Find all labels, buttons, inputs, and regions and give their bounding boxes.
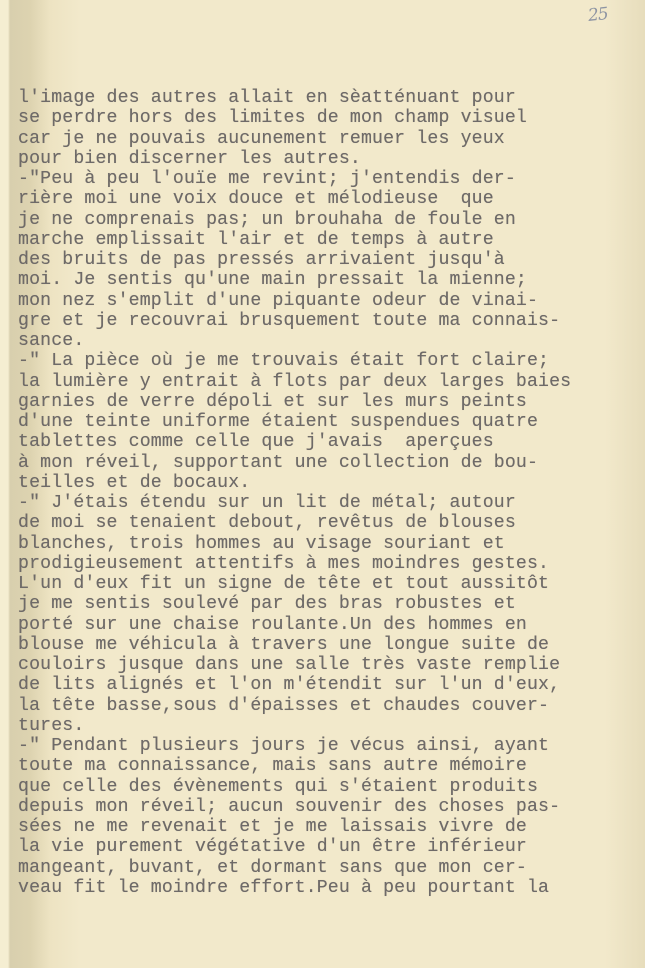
text-line: gre et je recouvrai brusquement toute ma… [18,311,638,331]
text-line: toute ma connaissance, mais sans autre m… [18,756,638,776]
text-line: -" La pièce où je me trouvais était fort… [18,351,638,371]
text-line: tures. [18,716,638,736]
text-line: -" J'étais étendu sur un lit de métal; a… [18,493,638,513]
text-line: porté sur une chaise roulante.Un des hom… [18,615,638,635]
text-line: marche emplissait l'air et de temps à au… [18,230,638,250]
text-line: -" Pendant plusieurs jours je vécus ains… [18,736,638,756]
text-line: l'image des autres allait en sèatténuant… [18,88,638,108]
text-line: sance. [18,331,638,351]
text-line: pour bien discerner les autres. [18,149,638,169]
text-line: que celle des évènements qui s'étaient p… [18,777,638,797]
text-line: moi. Je sentis qu'une main pressait la m… [18,270,638,290]
text-line: je me sentis soulevé par des bras robust… [18,594,638,614]
text-line: blouse me véhicula à travers une longue … [18,635,638,655]
text-line: sées ne me revenait et je me laissais vi… [18,817,638,837]
typewritten-text-body: l'image des autres allait en sèatténuant… [18,88,638,898]
text-line: la vie purement végétative d'un être inf… [18,837,638,857]
text-line: la tête basse,sous d'épaisses et chaudes… [18,696,638,716]
text-line: garnies de verre dépoli et sur les murs … [18,392,638,412]
text-line: de lits alignés et l'on m'étendit sur l'… [18,675,638,695]
text-line: de moi se tenaient debout, revêtus de bl… [18,513,638,533]
text-line: blanches, trois hommes au visage sourian… [18,534,638,554]
text-line: à mon réveil, supportant une collection … [18,453,638,473]
text-line: teilles et de bocaux. [18,473,638,493]
text-line: je ne comprenais pas; un brouhaha de fou… [18,210,638,230]
text-line: mon nez s'emplit d'une piquante odeur de… [18,291,638,311]
text-line: d'une teinte uniforme étaient suspendues… [18,412,638,432]
text-line: des bruits de pas pressés arrivaient jus… [18,250,638,270]
text-line: mangeant, buvant, et dormant sans que mo… [18,858,638,878]
text-line: prodigieusement attentifs à mes moindres… [18,554,638,574]
text-line: L'un d'eux fit un signe de tête et tout … [18,574,638,594]
page-number: 25 [587,4,609,26]
text-line: car je ne pouvais aucunement remuer les … [18,129,638,149]
text-line: veau fit le moindre effort.Peu à peu pou… [18,878,638,898]
typewritten-page: 25 l'image des autres allait en sèatténu… [0,0,645,968]
text-line: se perdre hors des limites de mon champ … [18,108,638,128]
text-line: rière moi une voix douce et mélodieuse q… [18,189,638,209]
text-line: -"Peu à peu l'ouïe me revint; j'entendis… [18,169,638,189]
text-line: depuis mon réveil; aucun souvenir des ch… [18,797,638,817]
text-line: tablettes comme celle que j'avais aperçu… [18,432,638,452]
text-line: la lumière y entrait à flots par deux la… [18,372,638,392]
text-line: couloirs jusque dans une salle très vast… [18,655,638,675]
